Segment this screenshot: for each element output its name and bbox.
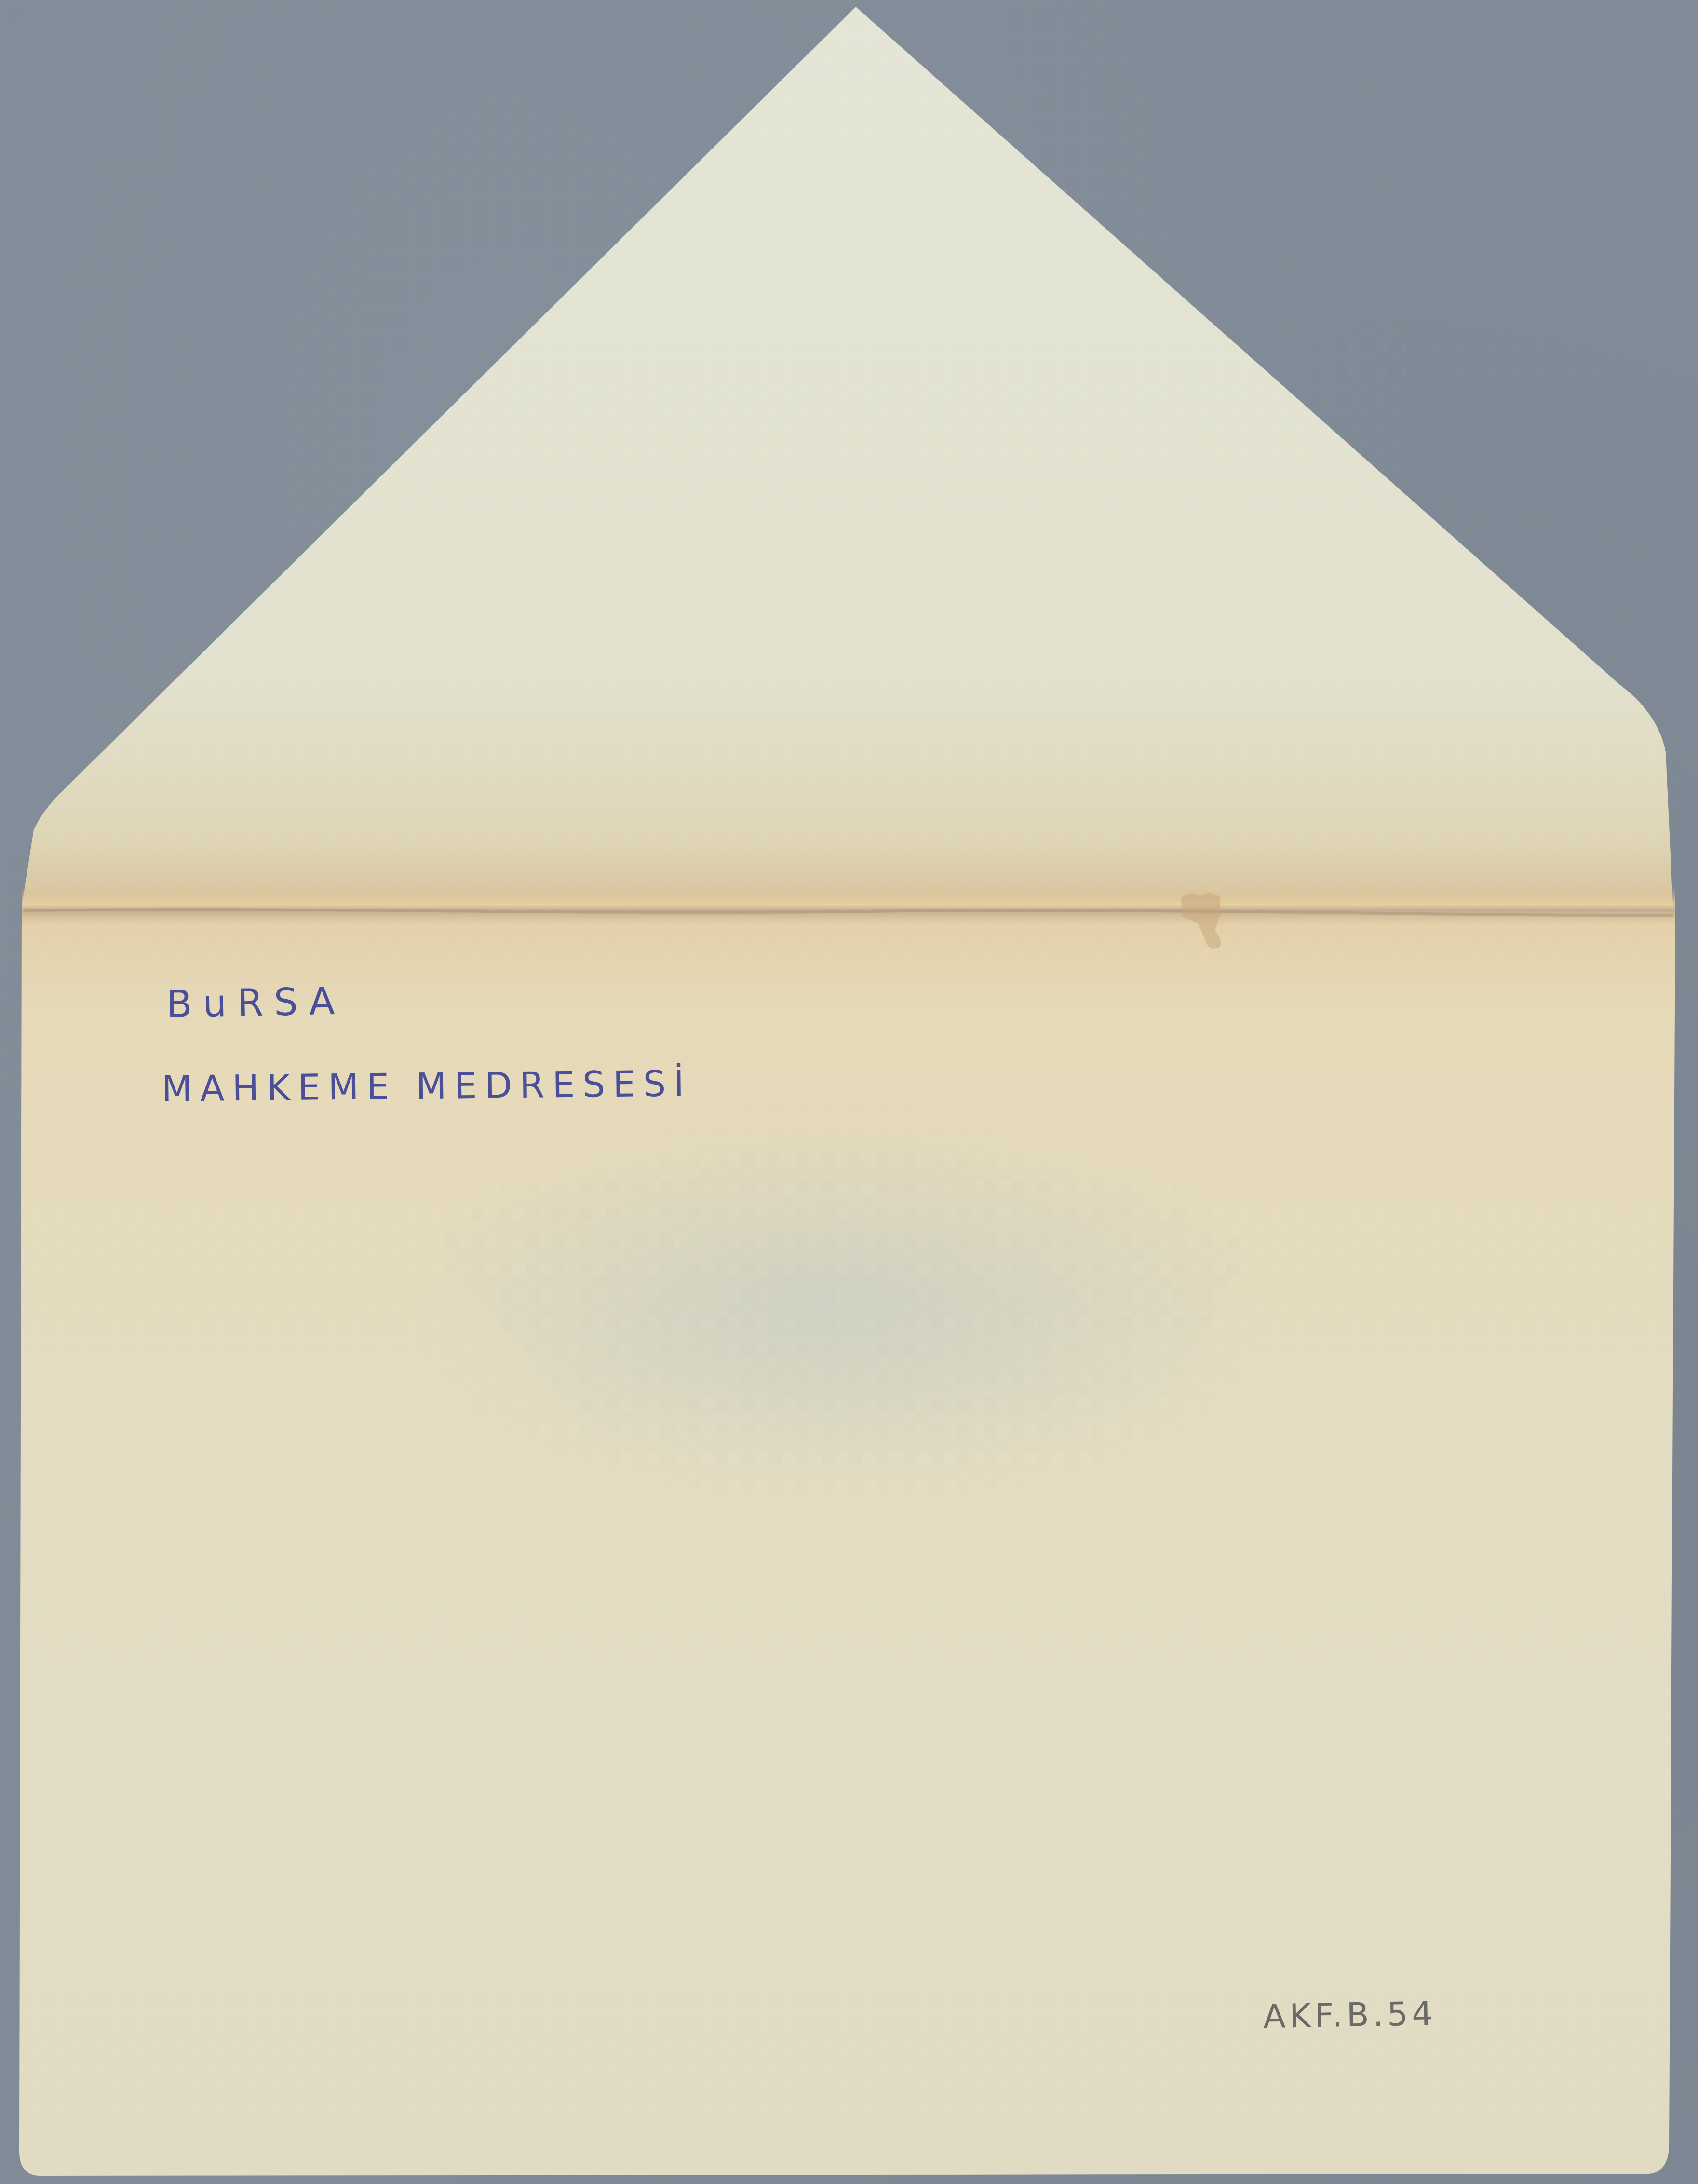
envelope-flap — [22, 7, 1673, 907]
archive-reference-code: AKF.B.54 — [1263, 1995, 1437, 2036]
handwritten-building-name: MAHKEME MEDRESESİ — [162, 1063, 692, 1110]
fold-line — [22, 887, 1675, 926]
handwritten-city: BuRSA — [166, 980, 346, 1026]
